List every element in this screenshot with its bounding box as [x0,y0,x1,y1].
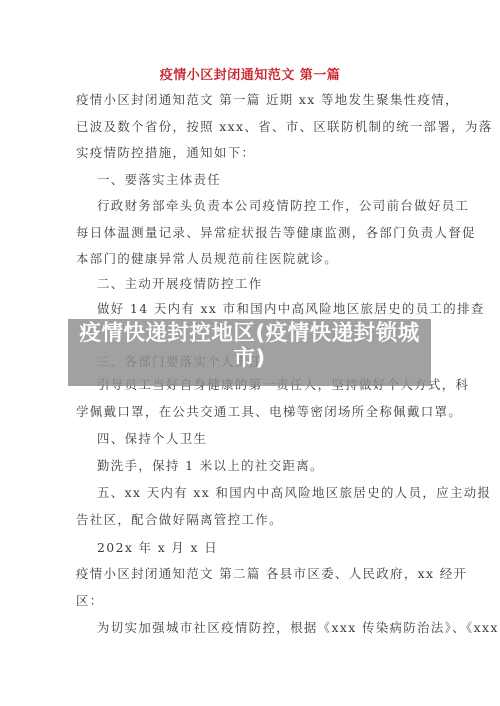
paragraph-line: 疫情小区封闭通知范文 第一篇 近期 xx 等地发生聚集性疫情， [76,92,428,108]
document-page: 疫情小区封闭通知范文 第一篇 疫情小区封闭通知范文 第一篇 近期 xx 等地发生… [0,0,500,706]
section-heading-4: 四、保持个人卫生 [97,431,449,447]
paragraph-line: 学佩戴口罩，在公共交通工具、电梯等密闭场所全称佩戴口罩。 [76,404,428,420]
paragraph-line: 告社区，配合做好隔离管控工作。 [76,512,428,528]
document-title: 疫情小区封闭通知范文 第一篇 [0,64,500,83]
overlay-title: 疫情快递封控地区(疫情快递封锁城 市) [68,321,431,371]
paragraph-line: 每日体温测量记录、异常症状报告等健康监测，各部门负责人督促 [76,225,428,241]
paragraph-line: 行政财务部牵头负责本公司疫情防控工作，公司前台做好员工 [97,198,449,214]
paragraph-line: 为切实加强城市社区疫情防控，根据《xxx 传染病防治法》、《xxx [97,620,449,636]
paragraph-line: 做好 14 天内有 xx 市和国内中高风险地区旅居史的员工的排查 [97,301,449,317]
overlay-title-banner: 疫情快递封控地区(疫情快递封锁城 市) [68,319,431,386]
section-heading-2: 二、主动开展疫情防控工作 [97,276,449,292]
paragraph-line: 区： [76,593,428,609]
paragraph-line: 本部门的健康异常人员规范前往医院就诊。 [76,251,428,267]
paragraph-line: 实疫情防控措施，通知如下： [76,145,428,161]
overlay-title-line2: 市) [68,346,431,371]
paragraph-line: 疫情小区封闭通知范文 第二篇 各县市区委、人民政府，xx 经开 [76,566,428,582]
date-line: 202x 年 x 月 x 日 [97,540,449,556]
section-heading-5: 五、xx 天内有 xx 和国内中高风险地区旅居史的人员，应主动报 [97,485,449,501]
section-heading-1: 一、要落实主体责任 [97,172,449,188]
paragraph-line: 勤洗手，保持 1 米以上的社交距离。 [97,458,449,474]
overlay-title-line1: 疫情快递封控地区(疫情快递封锁城 [68,321,431,346]
paragraph-line: 已波及数个省份，按照 xxx、省、市、区联防机制的统一部署，为落 [76,119,428,135]
